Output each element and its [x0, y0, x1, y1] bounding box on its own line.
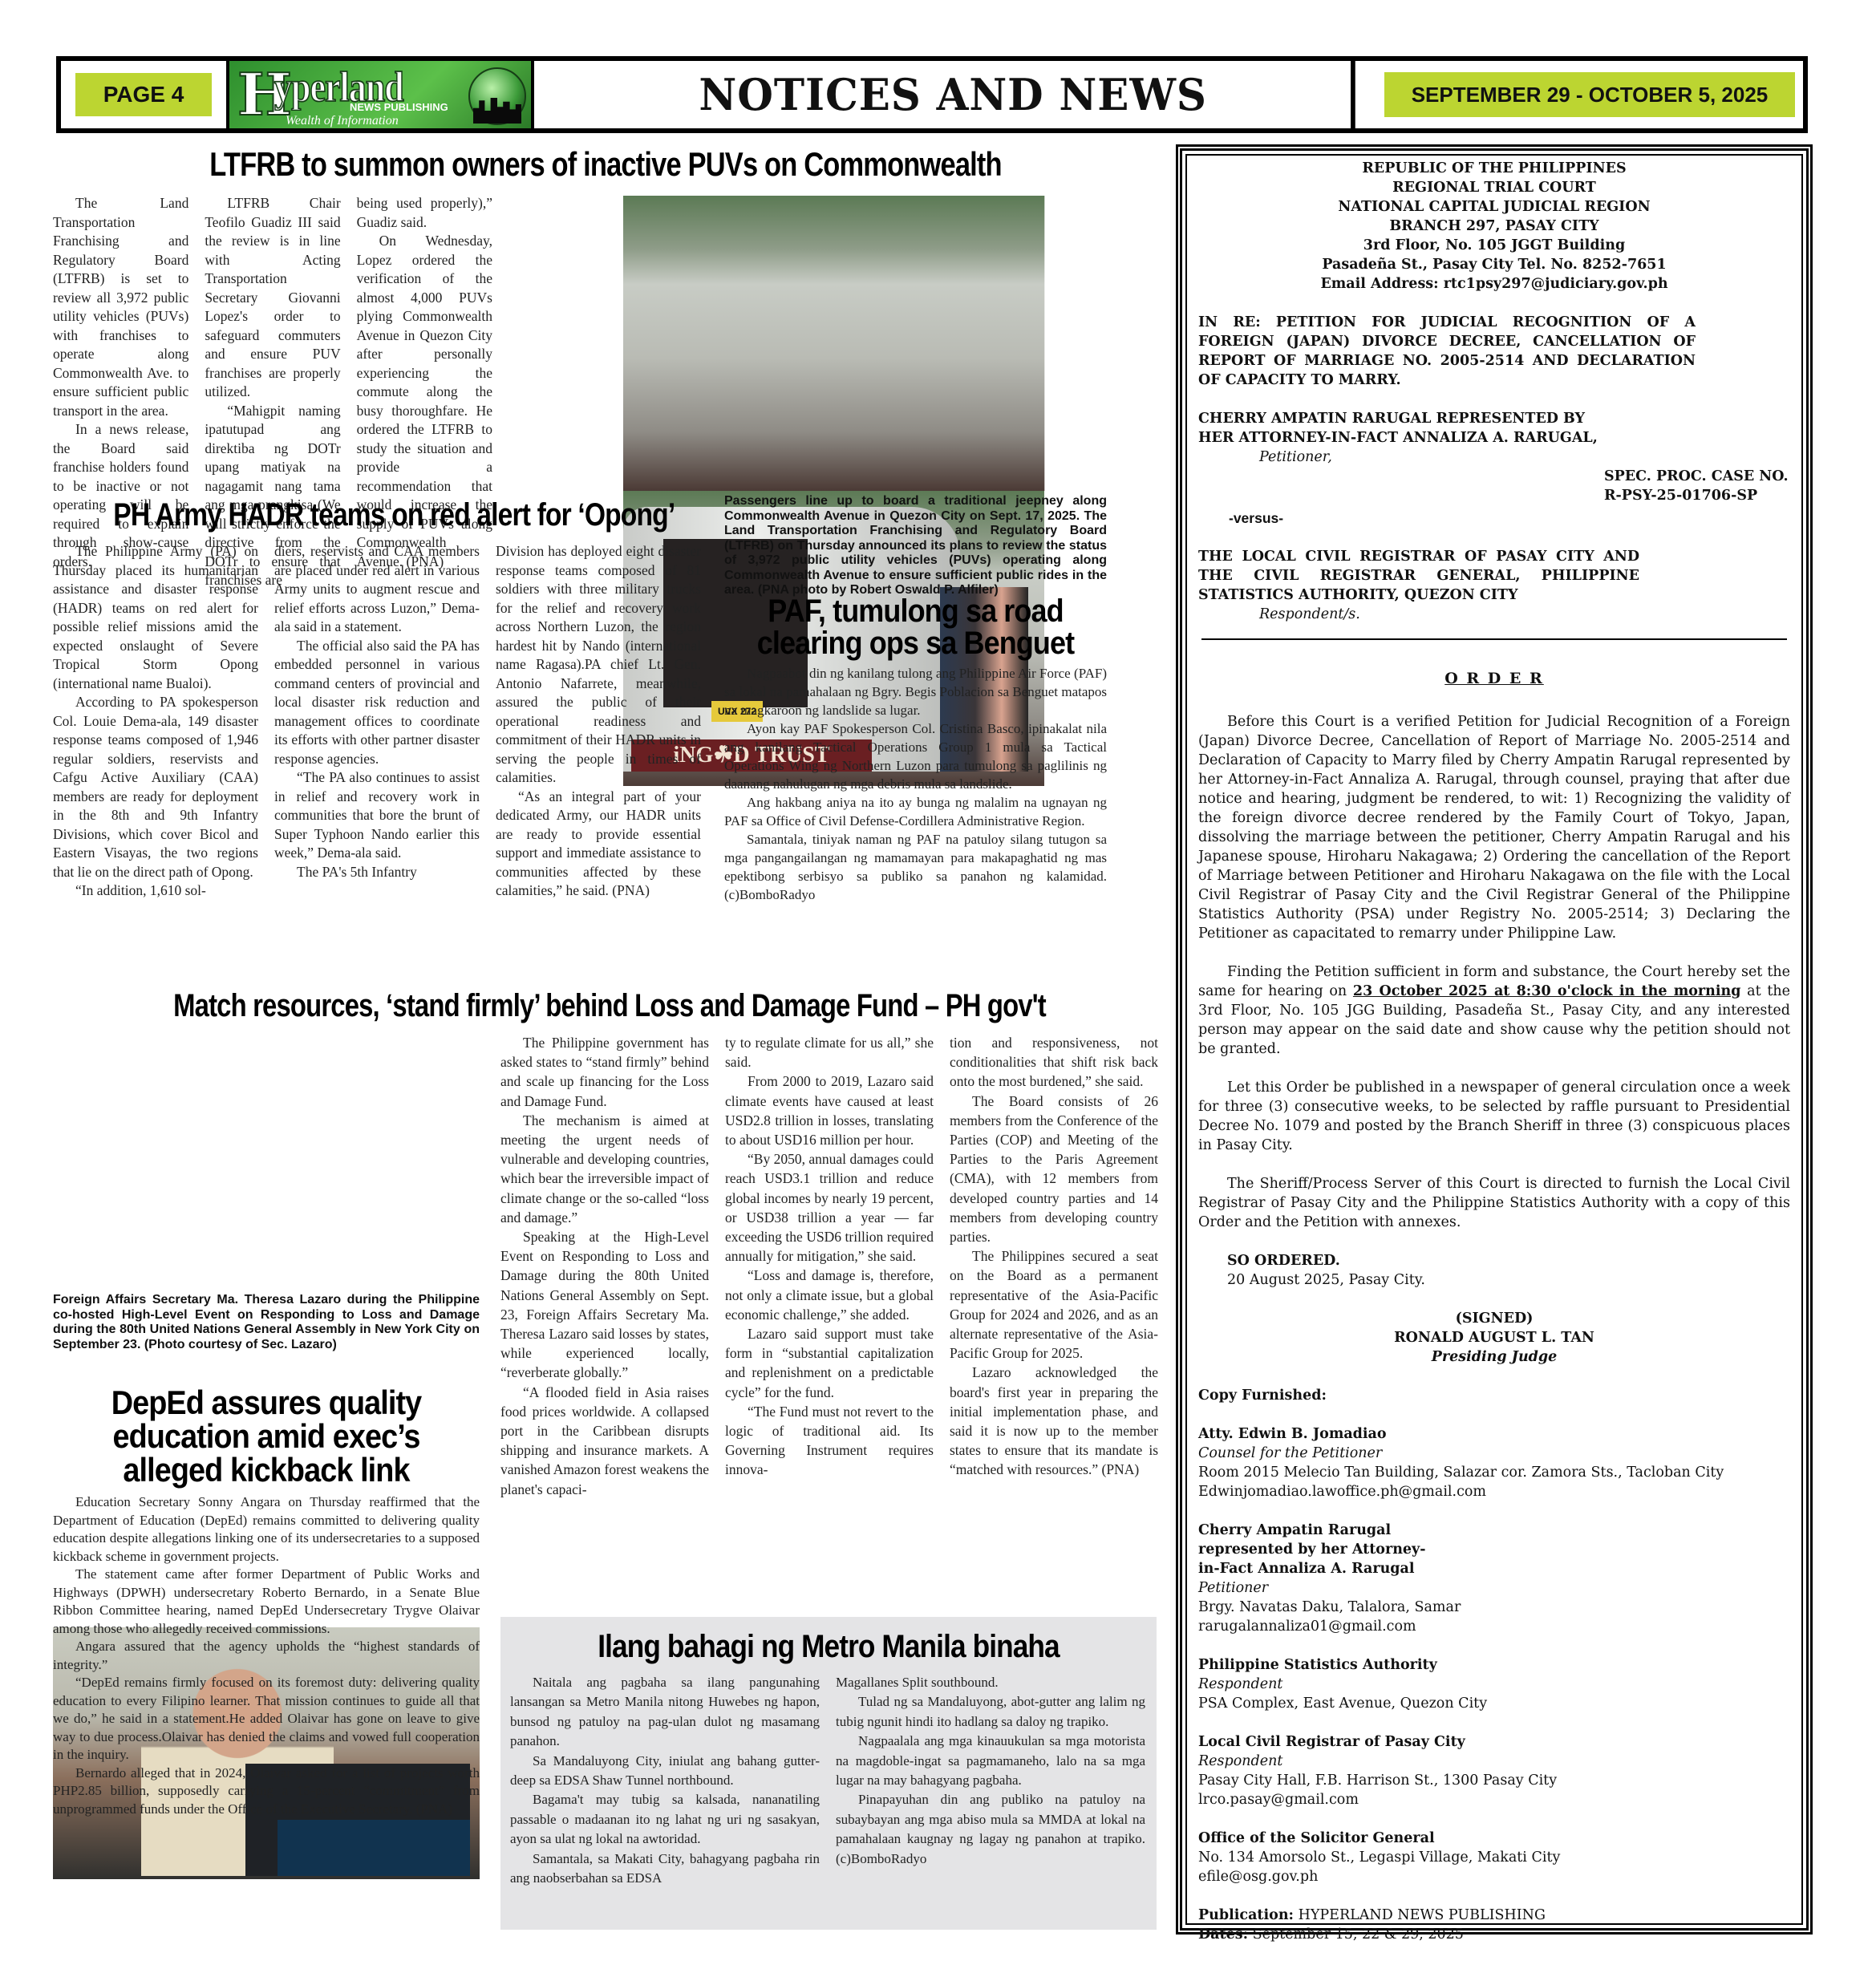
legal-notice: REPUBLIC OF THE PHILIPPINES REGIONAL TRI…: [1176, 144, 1813, 1935]
headline-deped: DepEd assures quality education amid exe…: [75, 1386, 459, 1487]
respondent-names: THE LOCAL CIVIL REGISTRAR OF PASAY CITY …: [1198, 547, 1639, 605]
versus-label: -versus-: [1198, 508, 1790, 528]
ld-col-3: tion and responsiveness, not conditional…: [950, 1033, 1158, 1499]
army-body: The Philippine Army (PA) on Thursday pla…: [53, 542, 701, 901]
logo-tagline: Wealth of Information: [286, 114, 399, 128]
article-flood: Ilang bahagi ng Metro Manila binaha Nait…: [500, 1617, 1157, 1930]
issue-date-cell: SEPTEMBER 29 - OCTOBER 5, 2025: [1376, 61, 1803, 128]
logo-subtitle: NEWS PUBLISHING: [350, 101, 448, 113]
email-link: rarugalannaliza01@gmail.com: [1198, 1617, 1790, 1636]
respondent-role: Respondent/s.: [1198, 605, 1790, 624]
court-header: REPUBLIC OF THE PHILIPPINES REGIONAL TRI…: [1198, 159, 1790, 294]
paf-body: Nagpaabot din ng kanilang tulong ang Phi…: [724, 664, 1107, 904]
deped-body: Education Secretary Sonny Angara on Thur…: [53, 1493, 480, 1818]
cf-entry: Office of the Solicitor General No. 134 …: [1198, 1829, 1790, 1886]
so-ordered: SO ORDERED.: [1198, 1251, 1790, 1270]
page-number-badge: PAGE 4: [75, 73, 212, 116]
army-col-2: diers, reservists and CAA members are pl…: [274, 542, 480, 901]
flood-col-1: Naitala ang pagbaha sa ilang pangunahing…: [510, 1673, 820, 1888]
signature-block: (SIGNED) RONALD AUGUST L. TAN Presiding …: [1198, 1309, 1790, 1367]
email-link: lrco.pasay@gmail.com: [1198, 1790, 1790, 1809]
army-col-1: The Philippine Army (PA) on Thursday pla…: [53, 542, 258, 901]
publication-dates: Dates: September 15, 22 & 29, 2025: [1198, 1925, 1790, 1944]
publisher-logo: H yperland NEWS PUBLISHING Wealth of Inf…: [229, 61, 534, 128]
cf-entry: Atty. Edwin B. Jomadiao Counsel for the …: [1198, 1424, 1790, 1501]
legal-notice-content: REPUBLIC OF THE PHILIPPINES REGIONAL TRI…: [1198, 159, 1790, 1944]
headline-loss-damage: Match resources, ‘stand firmly’ behind L…: [156, 986, 1064, 1025]
headline-army: PH Army HADR teams on red alert for ‘Opo…: [113, 496, 662, 534]
case-number: R-PSY-25-01706-SP: [1198, 486, 1790, 505]
headline-ltfrb: LTFRB to summon owners of inactive PUVs …: [155, 144, 1056, 184]
lazaro-photo-caption: Foreign Affairs Secretary Ma. Theresa La…: [53, 1293, 480, 1352]
order-paragraph-3: Let this Order be published in a newspap…: [1198, 1078, 1790, 1155]
copy-furnished-label: Copy Furnished:: [1198, 1386, 1790, 1405]
hearing-date: 23 October 2025 at 8:30 o'clock in the m…: [1353, 983, 1741, 999]
section-title: NOTICES AND NEWS: [555, 61, 1355, 128]
headline-flood: Ilang bahagi ng Metro Manila binaha: [540, 1628, 1117, 1665]
email-link: efile@osg.gov.ph: [1198, 1867, 1790, 1886]
ld-col-2: ty to regulate climate for us all,” she …: [725, 1033, 934, 1499]
cf-entry: Philippine Statistics Authority Responde…: [1198, 1655, 1790, 1713]
order-title: O R D E R: [1198, 669, 1790, 688]
screen: [278, 1820, 470, 1876]
cf-entry: Local Civil Registrar of Pasay City Resp…: [1198, 1732, 1790, 1809]
divider: [1201, 638, 1787, 640]
jeepney-photo-caption: Passengers line up to board a traditiona…: [724, 494, 1107, 598]
petitioner-name-1: CHERRY AMPATIN RARUGAL REPRESENTED BY: [1198, 409, 1790, 428]
loss-damage-body: The Philippine government has asked stat…: [500, 1033, 1158, 1499]
petitioner-role: Petitioner,: [1198, 448, 1790, 467]
in-re-caption: IN RE: PETITION FOR JUDICIAL RECOGNITION…: [1198, 313, 1696, 390]
flood-body: Naitala ang pagbaha sa ilang pangunahing…: [500, 1665, 1157, 1888]
order-date: 20 August 2025, Pasay City.: [1198, 1270, 1790, 1290]
issue-date-badge: SEPTEMBER 29 - OCTOBER 5, 2025: [1384, 72, 1795, 117]
jeepney-photo: [623, 196, 1044, 491]
order-paragraph-4: The Sheriff/Process Server of this Court…: [1198, 1174, 1790, 1232]
order-paragraph-2: Finding the Petition sufficient in form …: [1198, 962, 1790, 1059]
masthead: PAGE 4 H yperland NEWS PUBLISHING Wealth…: [56, 56, 1808, 133]
judge-title: Presiding Judge: [1198, 1347, 1790, 1367]
judge-name: RONALD AUGUST L. TAN: [1198, 1328, 1790, 1347]
ld-col-1: The Philippine government has asked stat…: [500, 1033, 709, 1499]
petitioner-name-2: HER ATTORNEY-IN-FACT ANNALIZA A. RARUGAL…: [1198, 428, 1790, 448]
cf-entry: Cherry Ampatin Rarugal represented by he…: [1198, 1521, 1790, 1636]
page-number-cell: PAGE 4: [61, 61, 229, 128]
headline-paf: PAF, tumulong sa road clearing ops sa Be…: [744, 595, 1088, 659]
case-label: SPEC. PROC. CASE NO.: [1198, 467, 1790, 486]
flood-col-2: Magallanes Split southbound.Tulad ng sa …: [836, 1673, 1145, 1888]
publication-line: Publication: HYPERLAND NEWS PUBLISHING: [1198, 1906, 1790, 1925]
email-link: Edwinjomadiao.lawoffice.ph@gmail.com: [1198, 1482, 1790, 1501]
order-paragraph-1: Before this Court is a verified Petition…: [1198, 712, 1790, 943]
army-col-3: Division has deployed eight disaster res…: [496, 542, 701, 901]
